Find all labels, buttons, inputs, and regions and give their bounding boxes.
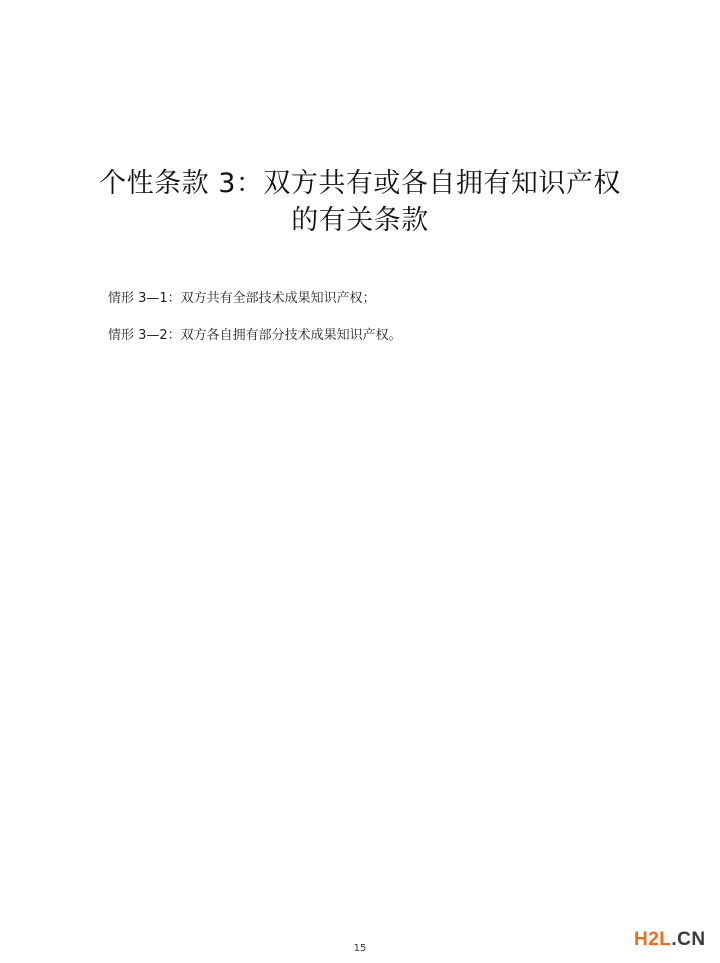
- page-title-line-1: 个性条款 3：双方共有或各自拥有知识产权: [0, 164, 720, 204]
- page-title-line-2: 的有关条款: [0, 201, 720, 241]
- clause-scenario-3-1: 情形 3—1：双方共有全部技术成果知识产权；: [108, 290, 376, 308]
- clause-scenario-3-2: 情形 3—2：双方各自拥有部分技术成果知识产权。: [108, 327, 402, 345]
- watermark-logo: H2L.CN: [634, 929, 706, 951]
- page-number: 15: [0, 942, 720, 956]
- watermark-logo-main: H2L: [634, 929, 671, 950]
- document-page: 个性条款 3：双方共有或各自拥有知识产权 的有关条款 情形 3—1：双方共有全部…: [0, 0, 720, 963]
- watermark-logo-tld: .CN: [671, 929, 705, 950]
